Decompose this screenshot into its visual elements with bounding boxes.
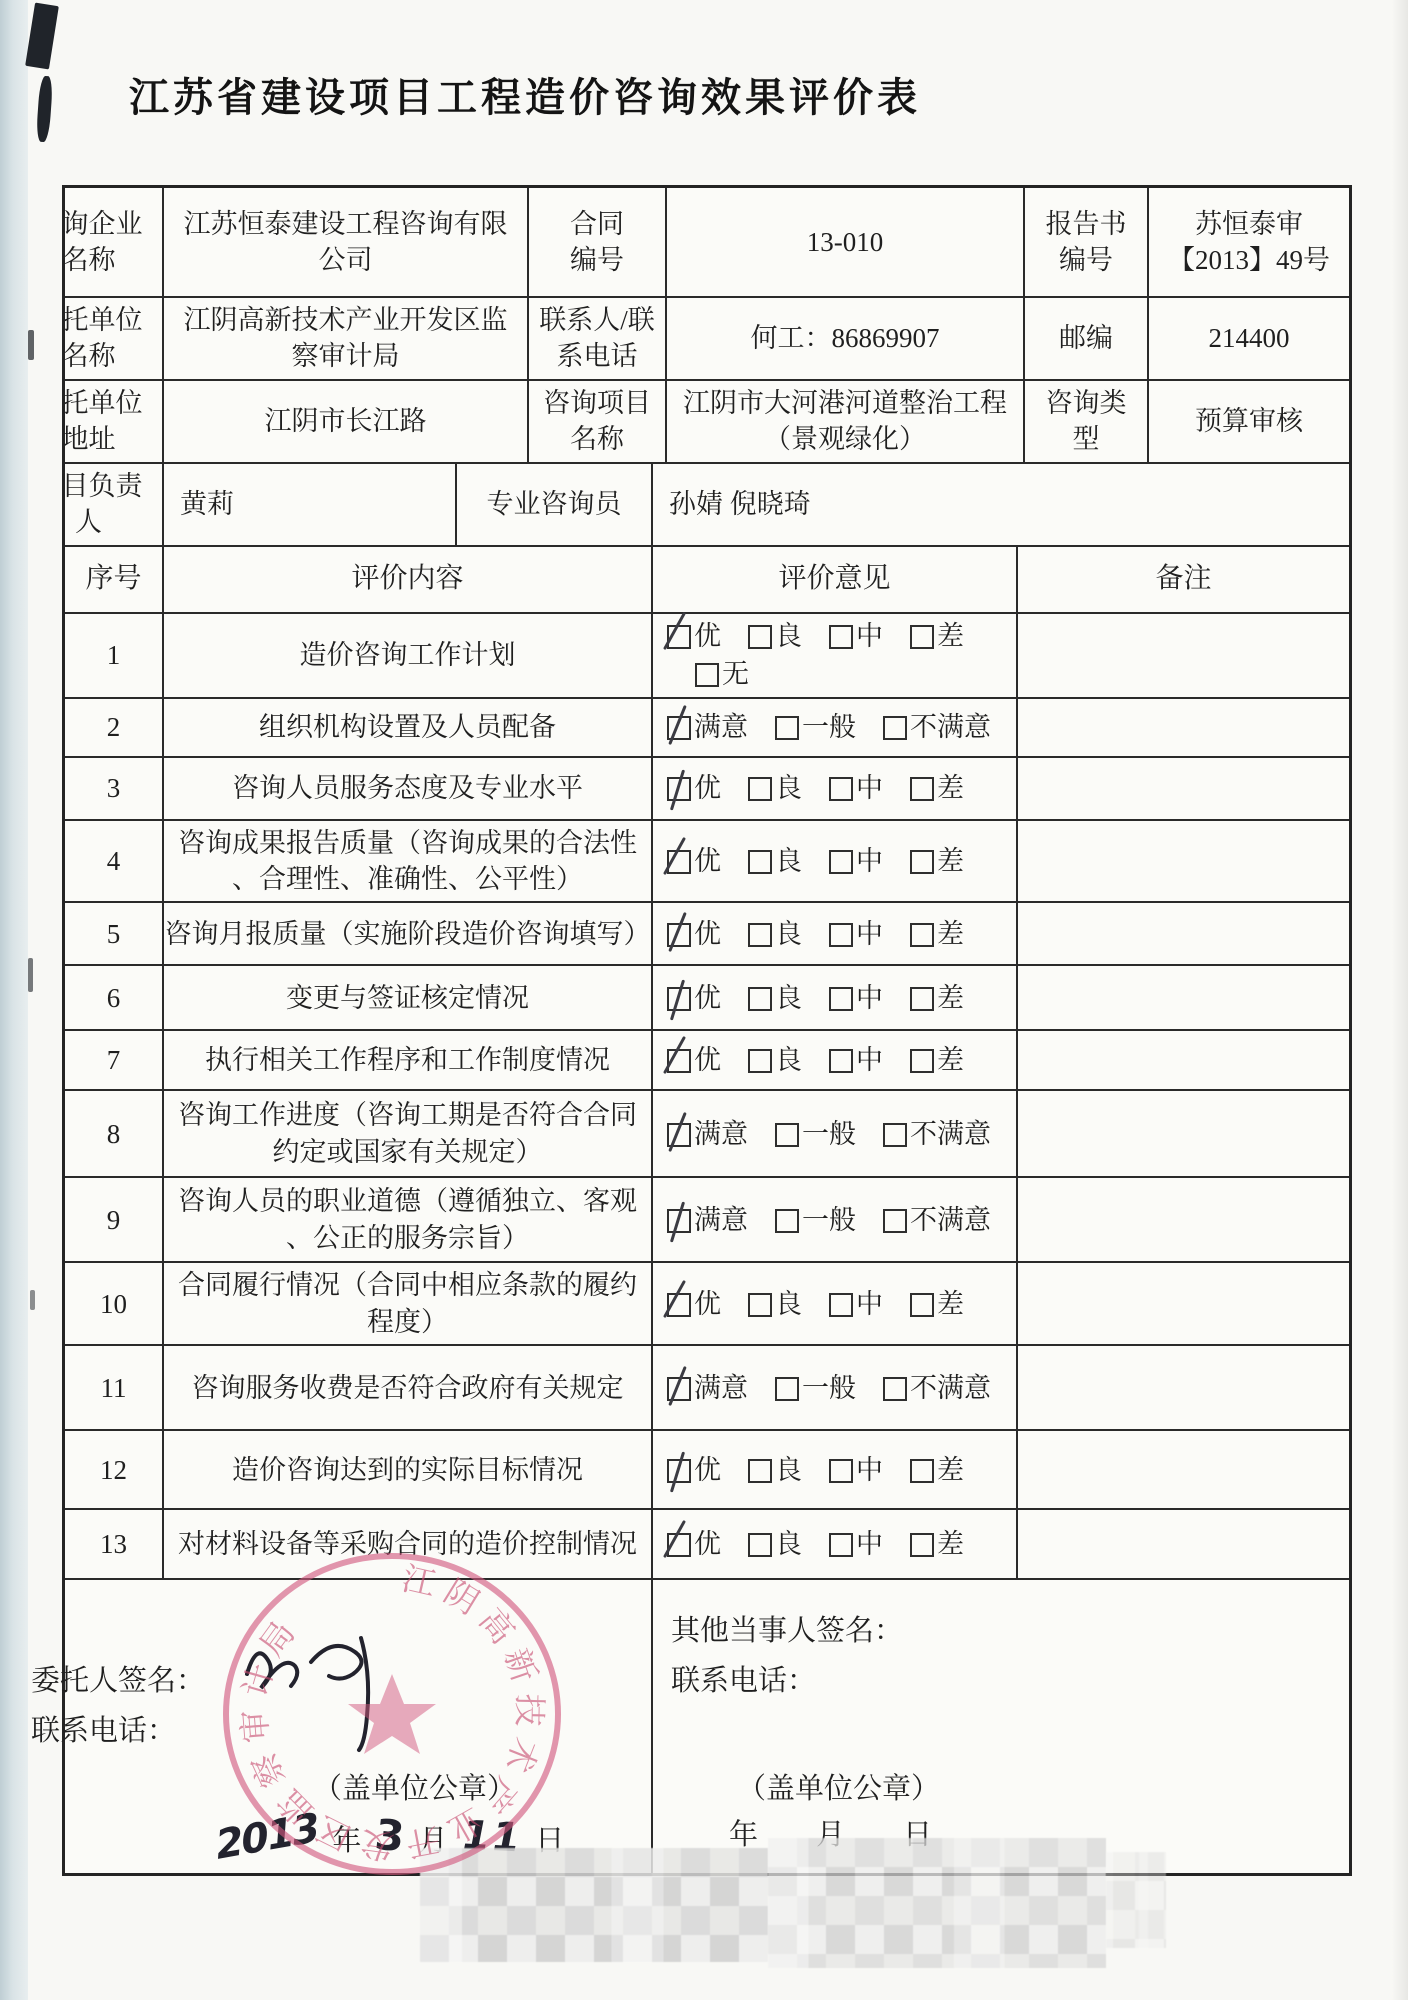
option-label: 差 [937,1526,964,1562]
option-label: 差 [937,1286,964,1322]
option: 中 [829,1286,883,1322]
stamp-note: （盖单位公章） [313,1770,516,1809]
info-label-cell: 委托单位 地址 [65,381,164,462]
checkbox-icon [910,987,934,1011]
contract-number: 13-010 [667,188,1025,296]
checkbox-icon [910,1459,934,1483]
year-label: 年 [332,1822,361,1861]
checkbox-icon [883,1377,907,1401]
option-label: 中 [856,1526,883,1562]
option: 中 [829,1042,883,1078]
info-label-cell: 邮编 [1025,298,1149,379]
option: 良 [748,980,802,1016]
option-label: 差 [937,916,964,952]
info-label-cell: 咨询类 型 [1025,381,1149,462]
eval-seq: 12 [65,1431,164,1508]
option-label: 满意 [694,1116,748,1152]
option: 差 [910,770,964,806]
checkbox-checked-icon [667,716,691,740]
info-label: 委托单位 地址 [65,385,154,458]
option: 差 [910,618,964,654]
option-label: 不满意 [910,1116,991,1152]
other-party-signature-cell: 其他当事人签名： 联系电话： （盖单位公章） 年 月 日 [653,1580,1349,1873]
eval-opinion: 满意 一般 不满意 [653,1178,1018,1261]
eval-seq: 7 [65,1031,164,1089]
eval-seq: 9 [65,1178,164,1261]
eval-content: 造价咨询工作计划 [164,614,653,697]
option-label: 良 [775,770,802,806]
checkbox-icon [775,1377,799,1401]
redaction-blur [1106,1852,1166,1948]
eval-seq: 13 [65,1510,164,1578]
eval-content: 咨询人员服务态度及专业水平 [164,758,653,819]
redaction-blur [768,1838,1106,1968]
checkbox-icon [748,987,772,1011]
option: 不满意 [883,709,991,745]
checkbox-checked-icon [667,625,691,649]
option-label: 不满意 [910,709,991,745]
checkbox-icon [910,1293,934,1317]
checkbox-icon [883,716,907,740]
handwritten-month: 3 [372,1807,407,1866]
eval-opinion: 优 良 中 差 [653,966,1018,1029]
option-label: 中 [856,1042,883,1078]
option: 不满意 [883,1202,991,1238]
eval-seq: 8 [65,1091,164,1176]
option: 良 [748,1042,802,1078]
option-label: 中 [856,770,883,806]
info-label-cell: 联系人/联 系电话 [529,298,667,379]
client-unit-name: 江阴高新技术产业开发区监 察审计局 [164,298,529,379]
option: 满意 [667,709,748,745]
checkbox-icon [910,1049,934,1073]
professional-consultants: 孙婧 倪晓琦 [653,464,1349,545]
option-line: 无 [695,656,749,692]
eval-content: 变更与签证核定情况 [164,966,653,1029]
checkbox-icon [775,1123,799,1147]
option-label: 良 [775,916,802,952]
consulting-type: 预算审核 [1149,381,1349,462]
handwritten-year: 2013 [214,1801,320,1874]
checkbox-icon [829,1293,853,1317]
client-unit-address: 江阴市长江路 [164,381,529,462]
info-label-cell: 咨询企业 名称 [65,188,164,296]
checkbox-icon [748,777,772,801]
option-line: 优 良 中 差 [667,618,964,654]
checkbox-icon [910,923,934,947]
consulting-company-name: 江苏恒泰建设工程咨询有限 公司 [164,188,529,296]
eval-header-row: 序号 评价内容 评价意见 备注 [65,547,1349,614]
eval-opinion: 满意 一般 不满意 [653,699,1018,756]
eval-row: 5 咨询月报质量（实施阶段造价咨询填写） 优 良 中 差 [65,903,1349,966]
checkbox-checked-icon [667,1533,691,1557]
eval-remark [1018,1263,1349,1344]
option-label: 良 [775,618,802,654]
eval-content: 合同履行情况（合同中相应条款的履约 程度） [164,1263,653,1344]
info-row: 委托单位 地址 江阴市长江路 咨询项目 名称 江阴市大河港河道整治工程 （景观绿… [65,381,1349,464]
checkbox-checked-icon [667,850,691,874]
option: 差 [910,1042,964,1078]
info-label-cell: 合同 编号 [529,188,667,296]
checkbox-icon [910,777,934,801]
contact-phone: 何工：86869907 [667,298,1025,379]
option: 一般 [775,709,856,745]
option-label: 良 [775,843,802,879]
eval-seq: 2 [65,699,164,756]
checkbox-icon [748,1459,772,1483]
other-phone-label: 联系电话： [671,1662,816,1701]
option: 优 [667,1286,721,1322]
option: 良 [748,916,802,952]
eval-content: 咨询月报质量（实施阶段造价咨询填写） [164,903,653,964]
option-label: 不满意 [910,1202,991,1238]
checkbox-checked-icon [667,777,691,801]
option: 优 [667,1042,721,1078]
info-label-cell: 专业咨询员 [457,464,653,545]
option: 优 [667,980,721,1016]
checkbox-checked-icon [667,1049,691,1073]
eval-opinion: 满意 一般 不满意 [653,1091,1018,1176]
checkbox-checked-icon [667,923,691,947]
eval-row: 8 咨询工作进度（咨询工期是否符合合同 约定或国家有关规定） 满意 一般 不满意 [65,1091,1349,1178]
option-label: 良 [775,1526,802,1562]
option-label: 优 [694,916,721,952]
checkbox-icon [748,1049,772,1073]
option: 满意 [667,1116,748,1152]
checkbox-icon [883,1123,907,1147]
col-header-content: 评价内容 [164,547,653,612]
option: 满意 [667,1370,748,1406]
checkbox-icon [695,663,719,687]
option: 良 [748,1526,802,1562]
option-label: 优 [694,618,721,654]
eval-row: 3 咨询人员服务态度及专业水平 优 良 中 差 [65,758,1349,821]
checkbox-checked-icon [667,1209,691,1233]
eval-opinion: 优 良 中 差 [653,1031,1018,1089]
checkbox-checked-icon [667,1123,691,1147]
checkbox-icon [910,625,934,649]
eval-remark [1018,1431,1349,1508]
checkbox-icon [829,1049,853,1073]
eval-content: 咨询成果报告质量（咨询成果的合法性 、合理性、准确性、公平性） [164,821,653,902]
eval-opinion: 优 良 中 差 [653,903,1018,964]
info-row: 项目负责 人 黄莉 专业咨询员 孙婧 倪晓琦 [65,464,1349,547]
eval-content: 执行相关工作程序和工作制度情况 [164,1031,653,1089]
option: 不满意 [883,1370,991,1406]
checkbox-checked-icon [667,1459,691,1483]
option: 一般 [775,1202,856,1238]
eval-remark [1018,1178,1349,1261]
option-label: 一般 [802,1116,856,1152]
scan-artifact [25,3,59,70]
checkbox-icon [829,850,853,874]
option-label: 中 [856,618,883,654]
col-header-opinion: 评价意见 [653,547,1018,612]
checkbox-icon [883,1209,907,1233]
eval-opinion: 优 良 中 差 [653,1431,1018,1508]
option: 中 [829,980,883,1016]
option: 一般 [775,1116,856,1152]
option: 优 [667,843,721,879]
option-label: 无 [722,656,749,692]
option: 中 [829,770,883,806]
eval-seq: 6 [65,966,164,1029]
option: 良 [748,1452,802,1488]
option: 差 [910,980,964,1016]
eval-content: 咨询人员的职业道德（遵循独立、客观 、公正的服务宗旨） [164,1178,653,1261]
stamp-note: （盖单位公章） [737,1770,940,1809]
checkbox-checked-icon [667,1293,691,1317]
eval-row: 2 组织机构设置及人员配备 满意 一般 不满意 [65,699,1349,758]
info-label-cell: 咨询项目 名称 [529,381,667,462]
option-label: 优 [694,980,721,1016]
eval-seq: 5 [65,903,164,964]
option: 不满意 [883,1116,991,1152]
option: 良 [748,1286,802,1322]
eval-opinion: 优 良 中 差 [653,1510,1018,1578]
eval-opinion: 满意 一般 不满意 [653,1346,1018,1429]
option: 良 [748,618,802,654]
option: 差 [910,916,964,952]
option-label: 良 [775,1452,802,1488]
eval-row: 10 合同履行情况（合同中相应条款的履约 程度） 优 良 中 差 [65,1263,1349,1346]
eval-content: 咨询服务收费是否符合政府有关规定 [164,1346,653,1429]
eval-remark [1018,903,1349,964]
option: 良 [748,843,802,879]
option: 优 [667,770,721,806]
option-label: 优 [694,843,721,879]
option-label: 不满意 [910,1370,991,1406]
option-label: 良 [775,980,802,1016]
option-label: 差 [937,843,964,879]
option-label: 满意 [694,709,748,745]
option: 优 [667,1452,721,1488]
client-sign-label: 委托人签名： [31,1662,205,1701]
eval-row: 7 执行相关工作程序和工作制度情况 优 良 中 差 [65,1031,1349,1091]
info-label-cell: 报告书 编号 [1025,188,1149,296]
option: 中 [829,1452,883,1488]
eval-remark [1018,1031,1349,1089]
option: 优 [667,618,721,654]
checkbox-icon [829,987,853,1011]
option-label: 优 [694,1526,721,1562]
eval-remark [1018,966,1349,1029]
client-phone-label: 联系电话： [31,1712,176,1751]
signature-section: 委托人签名： 联系电话： （盖单位公章） 2013 年 3 月 11 日 [65,1580,1349,1873]
option-label: 中 [856,980,883,1016]
option-label: 中 [856,1286,883,1322]
project-leader-name: 黄莉 [164,464,457,545]
eval-seq: 3 [65,758,164,819]
eval-seq: 11 [65,1346,164,1429]
checkbox-icon [748,625,772,649]
client-signature-cell: 委托人签名： 联系电话： （盖单位公章） 2013 年 3 月 11 日 [65,1580,653,1873]
option-label: 一般 [802,709,856,745]
eval-row: 4 咨询成果报告质量（咨询成果的合法性 、合理性、准确性、公平性） 优 良 中 … [65,821,1349,904]
scanned-form-page: 江苏省建设项目工程造价咨询效果评价表 咨询企业 名称 江苏恒泰建设工程咨询有限 … [0,0,1408,2000]
checkbox-checked-icon [667,1377,691,1401]
handwritten-signature [233,1608,443,1768]
eval-row: 12 造价咨询达到的实际目标情况 优 良 中 差 [65,1431,1349,1510]
info-row: 委托单位 名称 江阴高新技术产业开发区监 察审计局 联系人/联 系电话 何工：8… [65,298,1349,381]
option-label: 满意 [694,1370,748,1406]
option: 中 [829,916,883,952]
col-header-seq: 序号 [65,547,164,612]
page-title: 江苏省建设项目工程造价咨询效果评价表 [0,66,1050,123]
option-label: 满意 [694,1202,748,1238]
checkbox-icon [748,850,772,874]
eval-remark [1018,1091,1349,1176]
eval-remark [1018,1346,1349,1429]
eval-remark [1018,699,1349,756]
eval-remark [1018,821,1349,902]
option: 中 [829,1526,883,1562]
eval-opinion: 优 良 中 差 [653,821,1018,902]
info-label: 咨询企业 名称 [65,206,154,279]
option-label: 良 [775,1286,802,1322]
checkbox-checked-icon [667,987,691,1011]
option-label: 一般 [802,1202,856,1238]
checkbox-icon [775,716,799,740]
checkbox-icon [829,1459,853,1483]
option-label: 优 [694,770,721,806]
eval-opinion: 优 良 中 差 [653,1263,1018,1344]
scan-edge-strip [0,0,28,2000]
info-label-cell: 委托单位 名称 [65,298,164,379]
option-label: 优 [694,1042,721,1078]
info-row: 咨询企业 名称 江苏恒泰建设工程咨询有限 公司 合同 编号 13-010 报告书… [65,188,1349,298]
scan-artifact [28,330,34,360]
redaction-blur [420,1848,768,1962]
eval-row: 6 变更与签证核定情况 优 良 中 差 [65,966,1349,1031]
eval-opinion: 优 良 中 差 [653,758,1018,819]
other-sign-label: 其他当事人签名： [671,1612,903,1651]
option: 中 [829,618,883,654]
option-label: 优 [694,1452,721,1488]
option-label: 差 [937,980,964,1016]
checkbox-icon [829,923,853,947]
option-label: 中 [856,1452,883,1488]
scan-artifact [28,958,33,992]
option-label: 差 [937,1452,964,1488]
option-label: 一般 [802,1370,856,1406]
option: 无 [695,656,749,692]
report-number: 苏恒泰审 【2013】49号 [1149,188,1349,296]
option-label: 差 [937,618,964,654]
eval-content: 对材料设备等采购合同的造价控制情况 [164,1510,653,1578]
eval-row: 11 咨询服务收费是否符合政府有关规定 满意 一般 不满意 [65,1346,1349,1431]
checkbox-icon [829,777,853,801]
option: 一般 [775,1370,856,1406]
eval-remark [1018,614,1349,697]
postal-code: 214400 [1149,298,1349,379]
eval-content: 咨询工作进度（咨询工期是否符合合同 约定或国家有关规定） [164,1091,653,1176]
option-label: 良 [775,1042,802,1078]
eval-row: 9 咨询人员的职业道德（遵循独立、客观 、公正的服务宗旨） 满意 一般 不满意 [65,1178,1349,1263]
eval-content: 组织机构设置及人员配备 [164,699,653,756]
checkbox-icon [829,625,853,649]
checkbox-icon [775,1209,799,1233]
option-label: 差 [937,1042,964,1078]
eval-remark [1018,758,1349,819]
info-label-cell: 项目负责 人 [65,464,164,545]
checkbox-icon [829,1533,853,1557]
option: 差 [910,843,964,879]
option-label: 中 [856,843,883,879]
eval-row: 13 对材料设备等采购合同的造价控制情况 优 良 中 差 [65,1510,1349,1580]
eval-content: 造价咨询达到的实际目标情况 [164,1431,653,1508]
option-label: 优 [694,1286,721,1322]
col-header-remark: 备注 [1018,547,1349,612]
option-label: 差 [937,770,964,806]
evaluation-form-table: 咨询企业 名称 江苏恒泰建设工程咨询有限 公司 合同 编号 13-010 报告书… [62,185,1352,1876]
eval-seq: 1 [65,614,164,697]
eval-opinion: 优 良 中 差 无 [653,614,1018,697]
checkbox-icon [748,923,772,947]
option: 良 [748,770,802,806]
project-name: 江阴市大河港河道整治工程 （景观绿化） [667,381,1025,462]
scan-artifact [30,1290,35,1310]
info-label: 项目负责 人 [65,468,154,541]
checkbox-icon [748,1293,772,1317]
option-label: 中 [856,916,883,952]
eval-row: 1 造价咨询工作计划 优 良 中 差 无 [65,614,1349,699]
info-label: 委托单位 名称 [65,302,154,375]
eval-seq: 4 [65,821,164,902]
checkbox-icon [910,1533,934,1557]
option: 差 [910,1452,964,1488]
option: 中 [829,843,883,879]
option: 满意 [667,1202,748,1238]
option: 优 [667,916,721,952]
checkbox-icon [910,850,934,874]
option: 差 [910,1286,964,1322]
option: 优 [667,1526,721,1562]
eval-seq: 10 [65,1263,164,1344]
eval-remark [1018,1510,1349,1578]
checkbox-icon [748,1533,772,1557]
option: 差 [910,1526,964,1562]
